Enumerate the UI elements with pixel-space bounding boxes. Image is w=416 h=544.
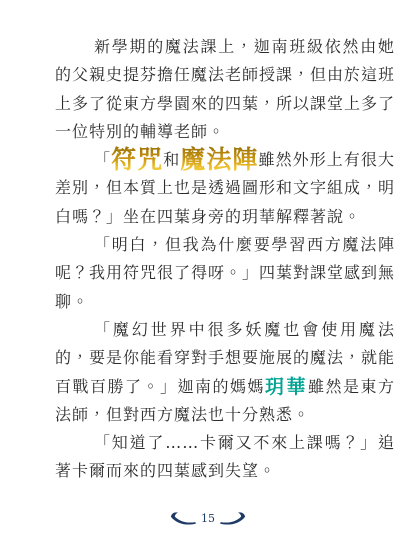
page-number: 15: [200, 513, 216, 524]
body-text: 「明白，但我為什麼要學習西方魔法陣呢？我用符咒很了得呀。」四葉對課堂感到無聊。: [55, 235, 395, 311]
text-block: 新學期的魔法課上，迦南班級依然由她的父親史提芬擔任魔法老師授課，但由於這班上多了…: [55, 33, 395, 486]
paragraph: 「知道了……卡爾又不來上課嗎？」追著卡爾而來的四葉感到失望。: [55, 429, 395, 486]
body-text: 「知道了……卡爾又不來上課嗎？」追著卡爾而來的四葉感到失望。: [55, 433, 395, 480]
spell-term-text: 符咒: [111, 145, 163, 174]
paragraph: 「魔幻世界中很多妖魔也會使用魔法的，要是你能看穿對手想要施展的魔法，就能百戰百勝…: [55, 316, 395, 429]
body-text: 新學期的魔法課上，迦南班級依然由她的父親史提芬擔任魔法老師授課，但由於這班上多了…: [55, 37, 395, 141]
wing-flourish-left-icon: [170, 511, 197, 526]
spell-term-text: 魔法陣: [180, 145, 258, 174]
paragraph: 新學期的魔法課上，迦南班級依然由她的父親史提芬擔任魔法老師授課，但由於這班上多了…: [55, 33, 395, 146]
body-text: 「: [94, 150, 111, 169]
book-page: 新學期的魔法課上，迦南班級依然由她的父親史提芬擔任魔法老師授課，但由於這班上多了…: [0, 0, 416, 544]
wing-flourish-right-icon: [219, 511, 246, 526]
character-name-text: 玥華: [265, 376, 308, 398]
paragraph: 「符咒和魔法陣雖然外形上有很大差別，但本質上也是透過圖形和文字組成，明白嗎？」坐…: [55, 146, 395, 231]
body-text: 和: [163, 150, 180, 169]
page-footer: 15: [0, 508, 416, 528]
paragraph: 「明白，但我為什麼要學習西方魔法陣呢？我用符咒很了得呀。」四葉對課堂感到無聊。: [55, 231, 395, 316]
